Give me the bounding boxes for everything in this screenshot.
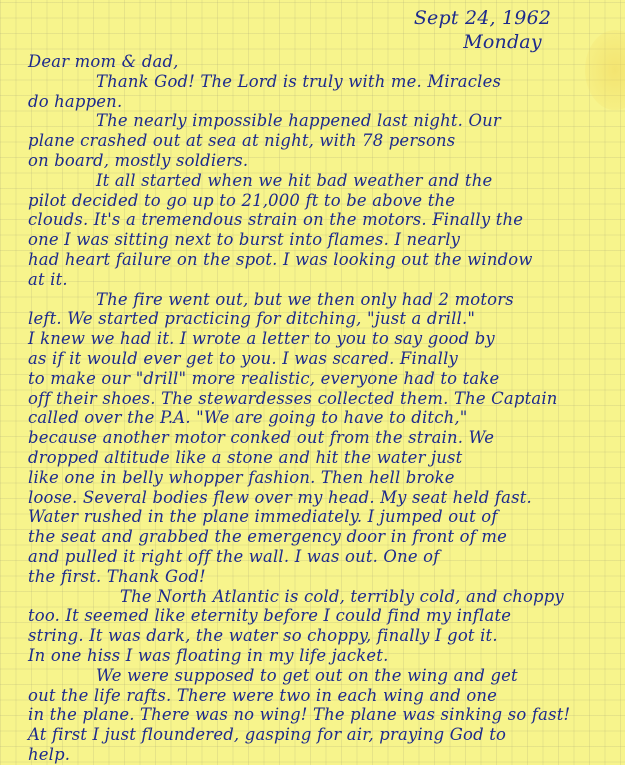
letter-line: do happen. bbox=[28, 92, 618, 112]
letter-line: the first. Thank God! bbox=[28, 567, 618, 587]
letter-line: on board, mostly soldiers. bbox=[28, 151, 618, 171]
letter-line: Thank God! The Lord is truly with me. Mi… bbox=[28, 72, 618, 92]
letter-line: called over the P.A. "We are going to ha… bbox=[28, 408, 618, 428]
letter-line: as if it would ever get to you. I was sc… bbox=[28, 349, 618, 369]
letter-line: left. We started practicing for ditching… bbox=[28, 309, 618, 329]
letter-date: Sept 24, 1962 bbox=[414, 7, 551, 29]
letter-line: in the plane. There was no wing! The pla… bbox=[28, 705, 618, 725]
letter-line: The nearly impossible happened last nigh… bbox=[28, 111, 618, 131]
letter-line: too. It seemed like eternity before I co… bbox=[28, 606, 618, 626]
letter-line: We were supposed to get out on the wing … bbox=[28, 666, 618, 686]
letter-line: At first I just floundered, gasping for … bbox=[28, 725, 618, 745]
letter-line: the seat and grabbed the emergency door … bbox=[28, 527, 618, 547]
letter-line: The fire went out, but we then only had … bbox=[28, 290, 618, 310]
letter-line: dropped altitude like a stone and hit th… bbox=[28, 448, 618, 468]
salutation: Dear mom & dad, bbox=[28, 52, 618, 72]
letter-line: because another motor conked out from th… bbox=[28, 428, 618, 448]
letter-line: loose. Several bodies flew over my head.… bbox=[28, 488, 618, 508]
letter-date-block: Sept 24, 1962 Monday bbox=[395, 6, 570, 54]
letter-line: out the life rafts. There were two in ea… bbox=[28, 686, 618, 706]
letter-line: like one in belly whopper fashion. Then … bbox=[28, 468, 618, 488]
letter-line: string. It was dark, the water so choppy… bbox=[28, 626, 618, 646]
letter-line: pilot decided to go up to 21,000 ft to b… bbox=[28, 191, 618, 211]
letter-line: In one hiss I was floating in my life ja… bbox=[28, 646, 618, 666]
letter-line: at it. bbox=[28, 270, 618, 290]
letter-line: The North Atlantic is cold, terribly col… bbox=[28, 587, 618, 607]
letter-line: and pulled it right off the wall. I was … bbox=[28, 547, 618, 567]
letter-line: It all started when we hit bad weather a… bbox=[28, 171, 618, 191]
letter-weekday: Monday bbox=[395, 30, 570, 54]
letter-line: off their shoes. The stewardesses collec… bbox=[28, 389, 618, 409]
letter-line: clouds. It's a tremendous strain on the … bbox=[28, 210, 618, 230]
letter-line: plane crashed out at sea at night, with … bbox=[28, 131, 618, 151]
letter-line: I knew we had it. I wrote a letter to yo… bbox=[28, 329, 618, 349]
letter-line: help. bbox=[28, 745, 618, 765]
letter-line: had heart failure on the spot. I was loo… bbox=[28, 250, 618, 270]
letter-page: Sept 24, 1962 Monday Dear mom & dad, Tha… bbox=[0, 0, 625, 765]
letter-line: one I was sitting next to burst into fla… bbox=[28, 230, 618, 250]
letter-line: Water rushed in the plane immediately. I… bbox=[28, 507, 618, 527]
letter-line: to make our "drill" more realistic, ever… bbox=[28, 369, 618, 389]
letter-body: Dear mom & dad, Thank God! The Lord is t… bbox=[28, 52, 618, 765]
